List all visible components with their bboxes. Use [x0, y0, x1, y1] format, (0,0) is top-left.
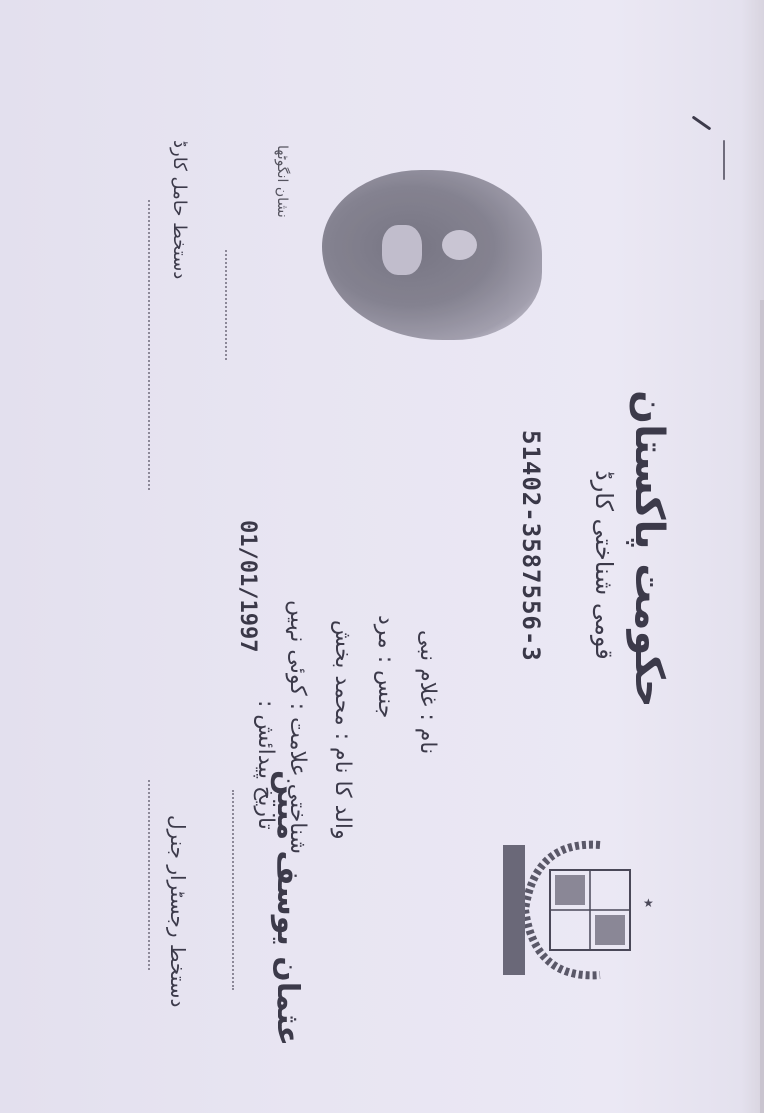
svg-text:★: ★ — [643, 896, 654, 910]
card-title: حکومت پاکستان — [626, 390, 672, 708]
card-subtitle: قومی شناختی کارڈ — [590, 470, 618, 660]
signature-line — [148, 780, 150, 970]
field-secondary-name: عثمان یوسف مبین — [270, 770, 305, 1046]
field-father-name: والد کا نام : محمد بخش — [330, 620, 355, 840]
registrar-signature-label: دستخط رجسٹرار جنرل — [166, 815, 190, 1007]
thumb-label: نشان انگوٹھا — [274, 145, 290, 218]
holder-photo — [322, 170, 542, 340]
corner-mark — [723, 140, 725, 180]
field-name: نام : غلام نبی — [415, 630, 440, 754]
dotted-divider — [225, 250, 227, 360]
cnic-number: 51402-3587556-3 — [517, 430, 545, 662]
dotted-divider — [232, 790, 234, 990]
signature-line — [148, 200, 150, 490]
field-gender: جنس : مرد — [373, 615, 398, 718]
state-emblem-icon: ★ — [495, 825, 665, 995]
holder-signature-label: دستخط حامل کارڈ — [169, 140, 190, 279]
corner-mark — [692, 115, 712, 130]
field-dob-value: 01/01/1997 — [235, 520, 260, 652]
paper-edge — [760, 300, 764, 1113]
